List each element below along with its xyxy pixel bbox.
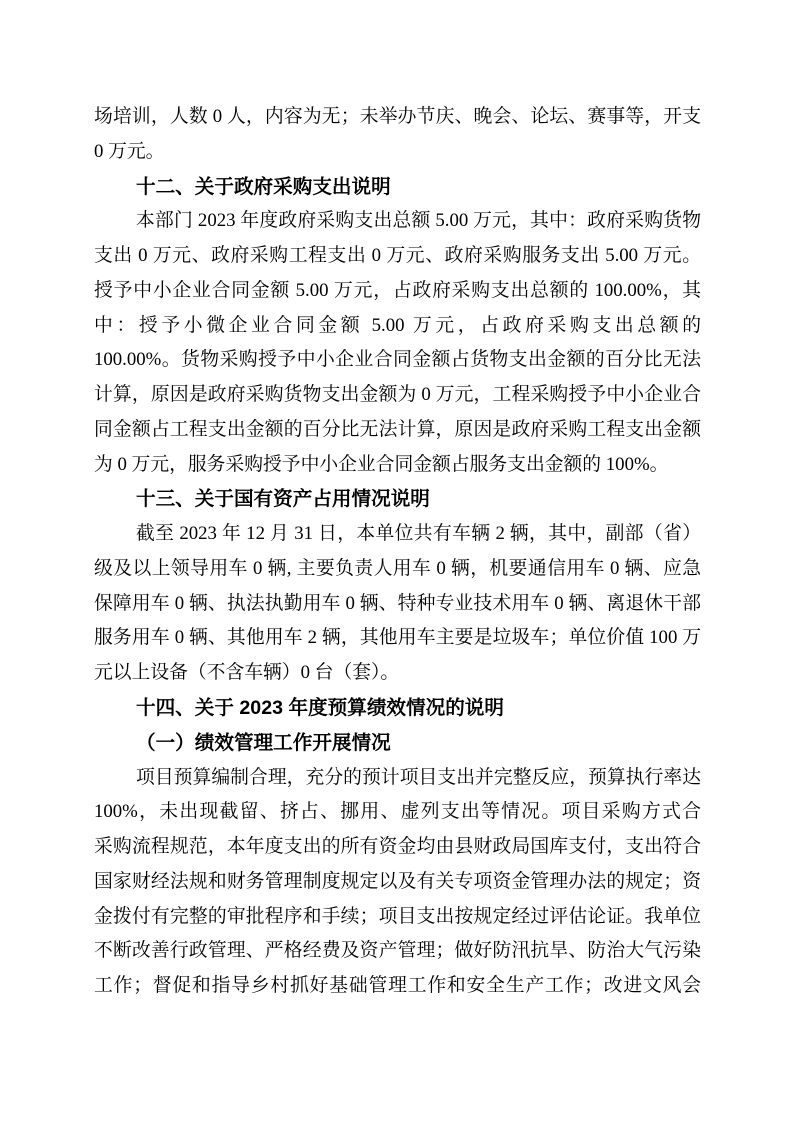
- text-line: 计算，原因是政府采购货物支出金额为 0 万元，工程采购授予中小企业合: [94, 378, 701, 413]
- text-line: 100.00%。货物采购授予中小企业合同金额占货物支出金额的百分比无法: [94, 343, 701, 378]
- text-line: 100%，未出现截留、挤占、挪用、虚列支出等情况。项目采购方式合规、: [94, 795, 701, 830]
- text-line: 项目预算编制合理，充分的预计项目支出并完整反应，预算执行率达: [94, 761, 701, 796]
- section-heading: 十四、关于 2023 年度预算绩效情况的说明: [94, 691, 701, 726]
- text-line: 采购流程规范，本年度支出的所有资金均由县财政局国库支付，支出符合: [94, 830, 701, 865]
- text-line: 元以上设备（不含车辆）0 台（套）。: [94, 656, 701, 691]
- document-body: 场培训，人数 0 人，内容为无；未举办节庆、晚会、论坛、赛事等，开支0 万元。十…: [94, 100, 701, 1004]
- text-line: 工作；督促和指导乡村抓好基础管理工作和安全生产工作；改进文风会: [94, 969, 701, 1004]
- text-line: 级及以上领导用车 0 辆, 主要负责人用车 0 辆，机要通信用车 0 辆、应急: [94, 552, 701, 587]
- text-line: 本部门 2023 年度政府采购支出总额 5.00 万元，其中：政府采购货物: [94, 204, 701, 239]
- text-line: 0 万元。: [94, 135, 701, 170]
- text-line: 为 0 万元，服务采购授予中小企业合同金额占服务支出金额的 100%。: [94, 448, 701, 483]
- text-line: 场培训，人数 0 人，内容为无；未举办节庆、晚会、论坛、赛事等，开支: [94, 100, 701, 135]
- document-page: 场培训，人数 0 人，内容为无；未举办节庆、晚会、论坛、赛事等，开支0 万元。十…: [0, 0, 793, 1122]
- text-line: 中：授予小微企业合同金额 5.00 万元，占政府采购支出总额的: [94, 309, 701, 344]
- text-line: 同金额占工程支出金额的百分比无法计算，原因是政府采购工程支出金额: [94, 413, 701, 448]
- text-line: 授予中小企业合同金额 5.00 万元，占政府采购支出总额的 100.00%，其: [94, 274, 701, 309]
- text-line: 截至 2023 年 12 月 31 日，本单位共有车辆 2 辆，其中，副部（省）: [94, 517, 701, 552]
- section-heading: 十二、关于政府采购支出说明: [94, 170, 701, 205]
- text-line: 服务用车 0 辆、其他用车 2 辆，其他用车主要是垃圾车；单位价值 100 万: [94, 621, 701, 656]
- section-heading: 十三、关于国有资产占用情况说明: [94, 482, 701, 517]
- text-line: 保障用车 0 辆、执法执勤用车 0 辆、特种专业技术用车 0 辆、离退休干部: [94, 587, 701, 622]
- subsection-heading: （一）绩效管理工作开展情况: [94, 726, 701, 761]
- text-line: 支出 0 万元、政府采购工程支出 0 万元、政府采购服务支出 5.00 万元。: [94, 239, 701, 274]
- text-line: 国家财经法规和财务管理制度规定以及有关专项资金管理办法的规定；资: [94, 865, 701, 900]
- text-line: 不断改善行政管理、严格经费及资产管理；做好防汛抗旱、防治大气污染: [94, 934, 701, 969]
- text-line: 金拨付有完整的审批程序和手续；项目支出按规定经过评估论证。我单位: [94, 900, 701, 935]
